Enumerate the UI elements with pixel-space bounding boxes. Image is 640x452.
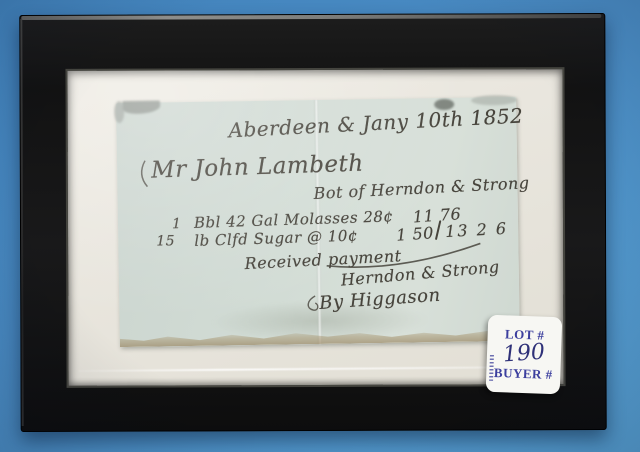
- receipt-paper: Aberdeen & Jany 10th 1852 Mr John Lambet…: [116, 97, 520, 347]
- buyer-label: BUYER #: [494, 366, 553, 382]
- item2-quantity: 15: [156, 233, 175, 249]
- item1-quantity: 1: [172, 216, 182, 232]
- mat-crease: [79, 366, 550, 372]
- auction-sticker: LOT # 190 BUYER #: [486, 315, 563, 395]
- handwriting-signed-by: By Higgason: [319, 285, 442, 314]
- frame-left-highlight: [20, 19, 23, 426]
- handwriting-addressee: Mr John Lambeth: [151, 151, 364, 184]
- handwriting-bought-of: Bot of Herndon & Strong: [313, 173, 530, 203]
- item2-amount: 1 50: [396, 223, 435, 245]
- paper-stain-left-edge: [114, 101, 124, 123]
- paper-stain-top-left: [122, 100, 160, 114]
- frame-top-highlight: [21, 14, 601, 20]
- lot-number: 190: [502, 342, 545, 367]
- photo-background: Aberdeen & Jany 10th 1852 Mr John Lambet…: [0, 0, 640, 452]
- handwriting-date-line: Aberdeen & Jany 10th 1852: [228, 103, 524, 142]
- invoice-total: 13 2 6: [445, 219, 509, 241]
